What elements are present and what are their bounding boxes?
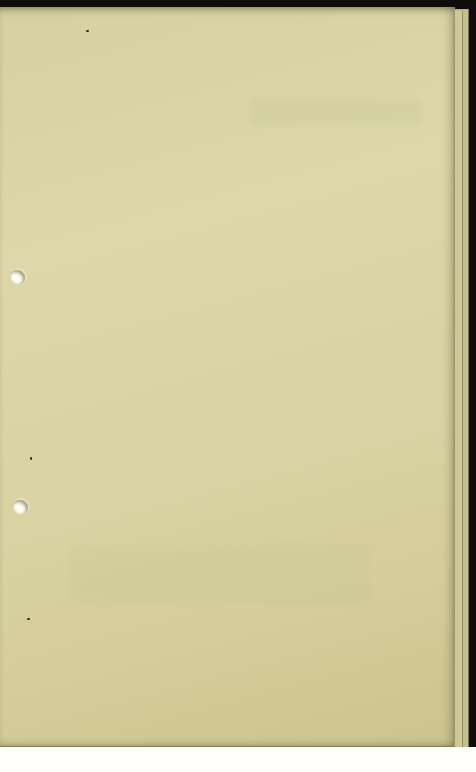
running-header	[35, 47, 425, 61]
showthrough-patch	[70, 545, 370, 603]
scan-bottom-margin	[0, 747, 476, 772]
ink-speck	[30, 457, 32, 460]
hole-punch	[12, 500, 28, 515]
ink-speck	[27, 618, 30, 620]
hole-punch	[9, 270, 25, 285]
page-content	[35, 47, 425, 75]
showthrough-patch	[250, 99, 420, 125]
ink-speck	[86, 30, 89, 32]
document-page	[0, 7, 455, 747]
scanned-page-viewport	[0, 0, 476, 772]
